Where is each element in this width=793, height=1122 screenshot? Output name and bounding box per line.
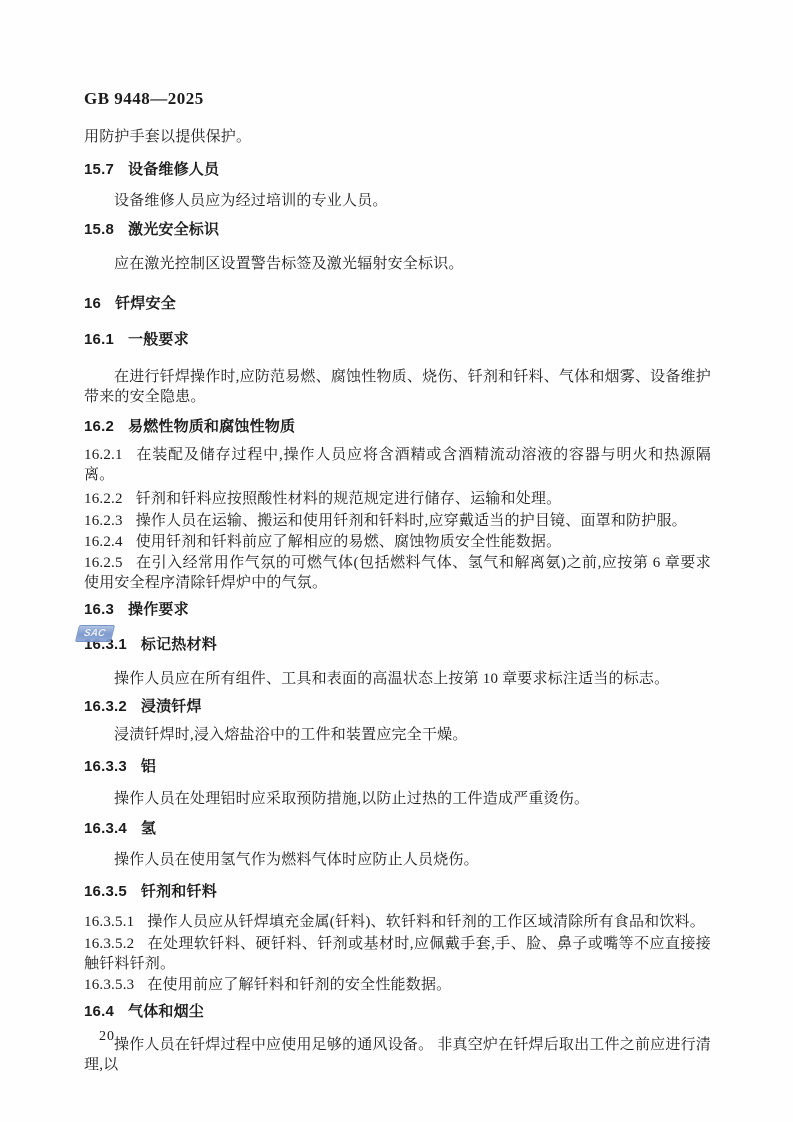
clause-number: 16.3.3 bbox=[84, 758, 127, 775]
clause-number: 16.3.2 bbox=[84, 698, 127, 715]
heading-16-3-3: 16.3.3铝 bbox=[84, 757, 711, 777]
clause-title: 浸渍钎焊 bbox=[141, 698, 202, 715]
item-text: 钎剂和钎料应按照酸性材料的规范规定进行储存、运输和处理。 bbox=[136, 491, 562, 507]
heading-16-2: 16.2易燃性物质和腐蚀性物质 bbox=[84, 417, 711, 437]
item-number: 16.3.5.1 bbox=[84, 914, 134, 930]
clause-item-16-3-5-1: 16.3.5.1操作人员应从钎焊填充金属(钎料)、软钎料和钎剂的工作区域清除所有… bbox=[84, 912, 711, 932]
clause-title: 铝 bbox=[141, 758, 156, 775]
sac-logo-watermark: SAC bbox=[75, 625, 115, 642]
clause-number: 15.8 bbox=[84, 221, 114, 238]
clause-item-16-2-2: 16.2.2钎剂和钎料应按照酸性材料的规范规定进行储存、运输和处理。 bbox=[84, 489, 711, 509]
item-text: 在引入经常用作气氛的可燃气体(包括燃料气体、氢气和解离氨)之前,应按第 6 章要… bbox=[84, 555, 711, 591]
heading-16-3-1: 16.3.1标记热材料 bbox=[84, 635, 711, 655]
clause-title: 标记热材料 bbox=[141, 636, 217, 653]
clause-item-16-2-5: 16.2.5在引入经常用作气氛的可燃气体(包括燃料气体、氢气和解离氨)之前,应按… bbox=[84, 553, 711, 593]
paragraph: 操作人员在使用氢气作为燃料气体时应防止人员烧伤。 bbox=[84, 850, 711, 870]
item-number: 16.3.5.2 bbox=[84, 936, 134, 952]
item-number: 16.2.1 bbox=[84, 447, 123, 463]
heading-16-3-2: 16.3.2浸渍钎焊 bbox=[84, 697, 711, 717]
clause-number: 16.4 bbox=[84, 1003, 114, 1020]
clause-number: 16.1 bbox=[84, 331, 114, 348]
item-text: 在使用前应了解钎料和钎剂的安全性能数据。 bbox=[147, 977, 451, 993]
clause-item-16-2-3: 16.2.3操作人员在运输、搬运和使用钎剂和钎料时,应穿戴适当的护目镜、面罩和防… bbox=[84, 511, 711, 531]
clause-title: 氢 bbox=[141, 820, 156, 837]
item-text: 在处理软钎料、硬钎料、钎剂或基材时,应佩戴手套,手、脸、鼻子或嘴等不应直接接触钎… bbox=[84, 936, 711, 972]
clause-number: 16.3 bbox=[84, 601, 114, 618]
clause-item-16-2-1: 16.2.1在装配及储存过程中,操作人员应将含酒精或含酒精流动溶液的容器与明火和… bbox=[84, 445, 711, 485]
clause-title: 钎剂和钎料 bbox=[141, 883, 217, 900]
clause-title: 一般要求 bbox=[128, 331, 189, 348]
heading-16-3-4: 16.3.4氢 bbox=[84, 819, 711, 839]
heading-16-1: 16.1一般要求 bbox=[84, 330, 711, 350]
item-text: 在装配及储存过程中,操作人员应将含酒精或含酒精流动溶液的容器与明火和热源隔离。 bbox=[84, 447, 711, 483]
paragraph: 操作人员在钎焊过程中应使用足够的通风设备。 非真空炉在钎焊后取出工件之前应进行清… bbox=[84, 1035, 711, 1075]
paragraph: 操作人员在处理铝时应采取预防措施,以防止过热的工件造成严重烫伤。 bbox=[84, 789, 711, 809]
paragraph-continuation: 用防护手套以提供保护。 bbox=[84, 127, 711, 147]
clause-item-16-3-5-3: 16.3.5.3在使用前应了解钎料和钎剂的安全性能数据。 bbox=[84, 975, 711, 995]
paragraph: 操作人员应在所有组件、工具和表面的高温状态上按第 10 章要求标注适当的标志。 bbox=[84, 669, 711, 689]
heading-16-3: 16.3操作要求 bbox=[84, 600, 711, 620]
clause-title: 钎焊安全 bbox=[115, 295, 176, 312]
paragraph: 浸渍钎焊时,浸入熔盐浴中的工件和装置应完全干燥。 bbox=[84, 725, 711, 745]
item-text: 操作人员在运输、搬运和使用钎剂和钎料时,应穿戴适当的护目镜、面罩和防护服。 bbox=[136, 513, 687, 529]
clause-title: 操作要求 bbox=[128, 601, 189, 618]
page-number: 20 bbox=[99, 1029, 115, 1045]
clause-title: 气体和烟尘 bbox=[128, 1003, 204, 1020]
heading-16: 16钎焊安全 bbox=[84, 294, 711, 314]
item-number: 16.3.5.3 bbox=[84, 977, 134, 993]
heading-15-7: 15.7设备维修人员 bbox=[84, 160, 711, 180]
clause-number: 16.3.5 bbox=[84, 883, 127, 900]
item-text: 使用钎剂和钎料前应了解相应的易燃、腐蚀物质安全性能数据。 bbox=[136, 534, 562, 550]
clause-number: 16.2 bbox=[84, 418, 114, 435]
clause-title: 激光安全标识 bbox=[128, 221, 219, 238]
item-number: 16.2.5 bbox=[84, 555, 123, 571]
sac-logo-text: SAC bbox=[83, 628, 106, 639]
item-number: 16.2.4 bbox=[84, 534, 123, 550]
item-number: 16.2.2 bbox=[84, 491, 123, 507]
clause-number: 16.3.4 bbox=[84, 820, 127, 837]
clause-title: 易燃性物质和腐蚀性物质 bbox=[128, 418, 295, 435]
clause-number: 16 bbox=[84, 295, 101, 312]
paragraph: 设备维修人员应为经过培训的专业人员。 bbox=[84, 191, 711, 211]
heading-15-8: 15.8激光安全标识 bbox=[84, 220, 711, 240]
clause-item-16-3-5-2: 16.3.5.2在处理软钎料、硬钎料、钎剂或基材时,应佩戴手套,手、脸、鼻子或嘴… bbox=[84, 934, 711, 974]
document-page: GB 9448—2025 用防护手套以提供保护。 15.7设备维修人员 设备维修… bbox=[0, 0, 793, 1122]
paragraph: 在进行钎焊操作时,应防范易燃、腐蚀性物质、烧伤、钎剂和钎料、气体和烟雾、设备维护… bbox=[84, 367, 711, 407]
document-body: 用防护手套以提供保护。 15.7设备维修人员 设备维修人员应为经过培训的专业人员… bbox=[84, 0, 711, 1075]
clause-item-16-2-4: 16.2.4使用钎剂和钎料前应了解相应的易燃、腐蚀物质安全性能数据。 bbox=[84, 532, 711, 552]
clause-number: 15.7 bbox=[84, 161, 114, 178]
item-number: 16.2.3 bbox=[84, 513, 123, 529]
paragraph: 应在激光控制区设置警告标签及激光辐射安全标识。 bbox=[84, 254, 711, 274]
item-text: 操作人员应从钎焊填充金属(钎料)、软钎料和钎剂的工作区域清除所有食品和饮料。 bbox=[147, 914, 705, 930]
heading-16-4: 16.4气体和烟尘 bbox=[84, 1002, 711, 1022]
clause-title: 设备维修人员 bbox=[128, 161, 219, 178]
heading-16-3-5: 16.3.5钎剂和钎料 bbox=[84, 882, 711, 902]
